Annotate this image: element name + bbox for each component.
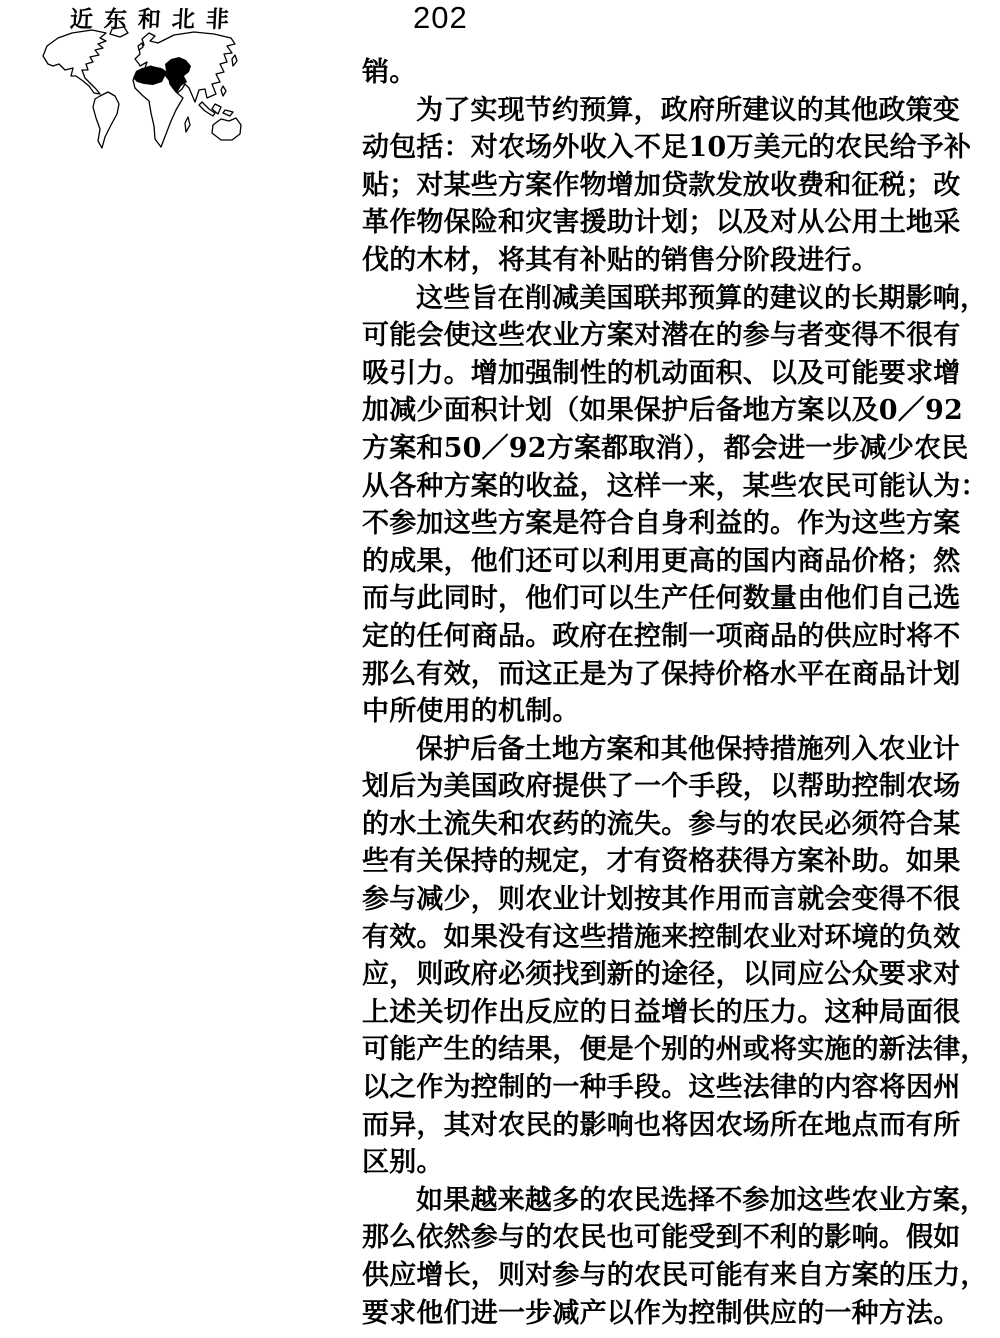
- text-line: 供应增长，则对参与的农民可能有来自方案的压力，: [362, 1257, 977, 1295]
- text-line: 不参加这些方案是符合自身利益的。作为这些方案: [362, 505, 977, 543]
- map-philippines: [221, 86, 226, 96]
- text-line: 动包括：对农场外收入不足10万美元的农民给予补: [362, 129, 977, 167]
- body-text: 销。为了实现节约预算，政府所建议的其他政策变动包括：对农场外收入不足10万美元的…: [362, 54, 977, 1332]
- map-south-america: [93, 92, 119, 148]
- paragraph: 为了实现节约预算，政府所建议的其他政策变动包括：对农场外收入不足10万美元的农民…: [362, 92, 977, 280]
- text-line: 加减少面积计划（如果保护后备地方案以及0／92: [362, 392, 977, 430]
- text-line: 吸引力。增加强制性的机动面积、以及可能要求增: [362, 355, 977, 393]
- text-line: 方案和50／92方案都取消），都会进一步减少农民: [362, 430, 977, 468]
- map-australia: [212, 118, 241, 140]
- map-japan: [232, 55, 237, 66]
- text-line: 从各种方案的收益，这样一来，某些农民可能认为：: [362, 468, 977, 506]
- paragraph: 销。: [362, 54, 977, 92]
- text-line: 定的任何商品。政府在控制一项商品的供应时将不: [362, 618, 977, 656]
- text-line: 有效。如果没有这些措施来控制农业对环境的负效: [362, 919, 977, 957]
- map-north-america: [43, 30, 106, 94]
- page-number: 202: [413, 0, 468, 36]
- text-line: 参与减少，则农业计划按其作用而言就会变得不很: [362, 881, 977, 919]
- text-line: 革作物保险和灾害援助计划；以及对从公用土地采: [362, 204, 977, 242]
- text-line: 划后为美国政府提供了一个手段，以帮助控制农场: [362, 768, 977, 806]
- text-line: 为了实现节约预算，政府所建议的其他政策变: [362, 92, 977, 130]
- paragraph: 如果越来越多的农民选择不参加这些农业方案，那么依然参与的农民也可能受到不利的影响…: [362, 1182, 977, 1332]
- text-line: 保护后备土地方案和其他保持措施列入农业计: [362, 731, 977, 769]
- text-line: 这些旨在削减美国联邦预算的建议的长期影响，: [362, 280, 977, 318]
- text-line: 以之作为控制的一种手段。这些法律的内容将因州: [362, 1069, 977, 1107]
- paragraph: 保护后备土地方案和其他保持措施列入农业计划后为美国政府提供了一个手段，以帮助控制…: [362, 731, 977, 1182]
- text-line: 而与此同时，他们可以生产任何数量由他们自己选: [362, 580, 977, 618]
- text-line: 些有关保持的规定，才有资格获得方案补助。如果: [362, 843, 977, 881]
- text-line: 伐的木材，将其有补贴的销售分阶段进行。: [362, 242, 977, 280]
- text-line: 贴；对某些方案作物增加贷款发放收费和征税；改: [362, 167, 977, 205]
- text-line: 应，则政府必须找到新的途径，以同应公众要求对: [362, 956, 977, 994]
- text-line: 的水土流失和农药的流失。参与的农民必须符合某: [362, 806, 977, 844]
- text-line: 而异，其对农民的影响也将因农场所在地点而有所: [362, 1107, 977, 1145]
- world-map: [40, 26, 255, 160]
- world-map-svg: [40, 26, 255, 160]
- text-line: 要求他们进一步减产以作为控制供应的一种方法。: [362, 1295, 977, 1333]
- text-line: 那么有效，而这正是为了保持价格水平在商品计划: [362, 656, 977, 694]
- document-page: 近东和北非 202 销。为了实现节约预算，政府所建议的其他政策变动包括：对农场外…: [0, 0, 1000, 1338]
- text-line: 销。: [362, 54, 977, 92]
- paragraph: 这些旨在削减美国联邦预算的建议的长期影响，可能会使这些农业方案对潜在的参与者变得…: [362, 280, 977, 731]
- text-line: 上述关切作出反应的日益增长的压力。这种局面很: [362, 994, 977, 1032]
- map-madagascar: [185, 117, 190, 132]
- text-line: 区别。: [362, 1144, 977, 1182]
- text-line: 那么依然参与的农民也可能受到不利的影响。假如: [362, 1219, 977, 1257]
- text-line: 如果越来越多的农民选择不参加这些农业方案，: [362, 1182, 977, 1220]
- map-greenland: [110, 27, 128, 37]
- text-line: 的成果，他们还可以利用更高的国内商品价格；然: [362, 543, 977, 581]
- map-new-guinea: [223, 110, 233, 116]
- text-line: 可能产生的结果，便是个别的州或将实施的新法律，: [362, 1031, 977, 1069]
- text-line: 中所使用的机制。: [362, 693, 977, 731]
- text-line: 可能会使这些农业方案对潜在的参与者变得不很有: [362, 317, 977, 355]
